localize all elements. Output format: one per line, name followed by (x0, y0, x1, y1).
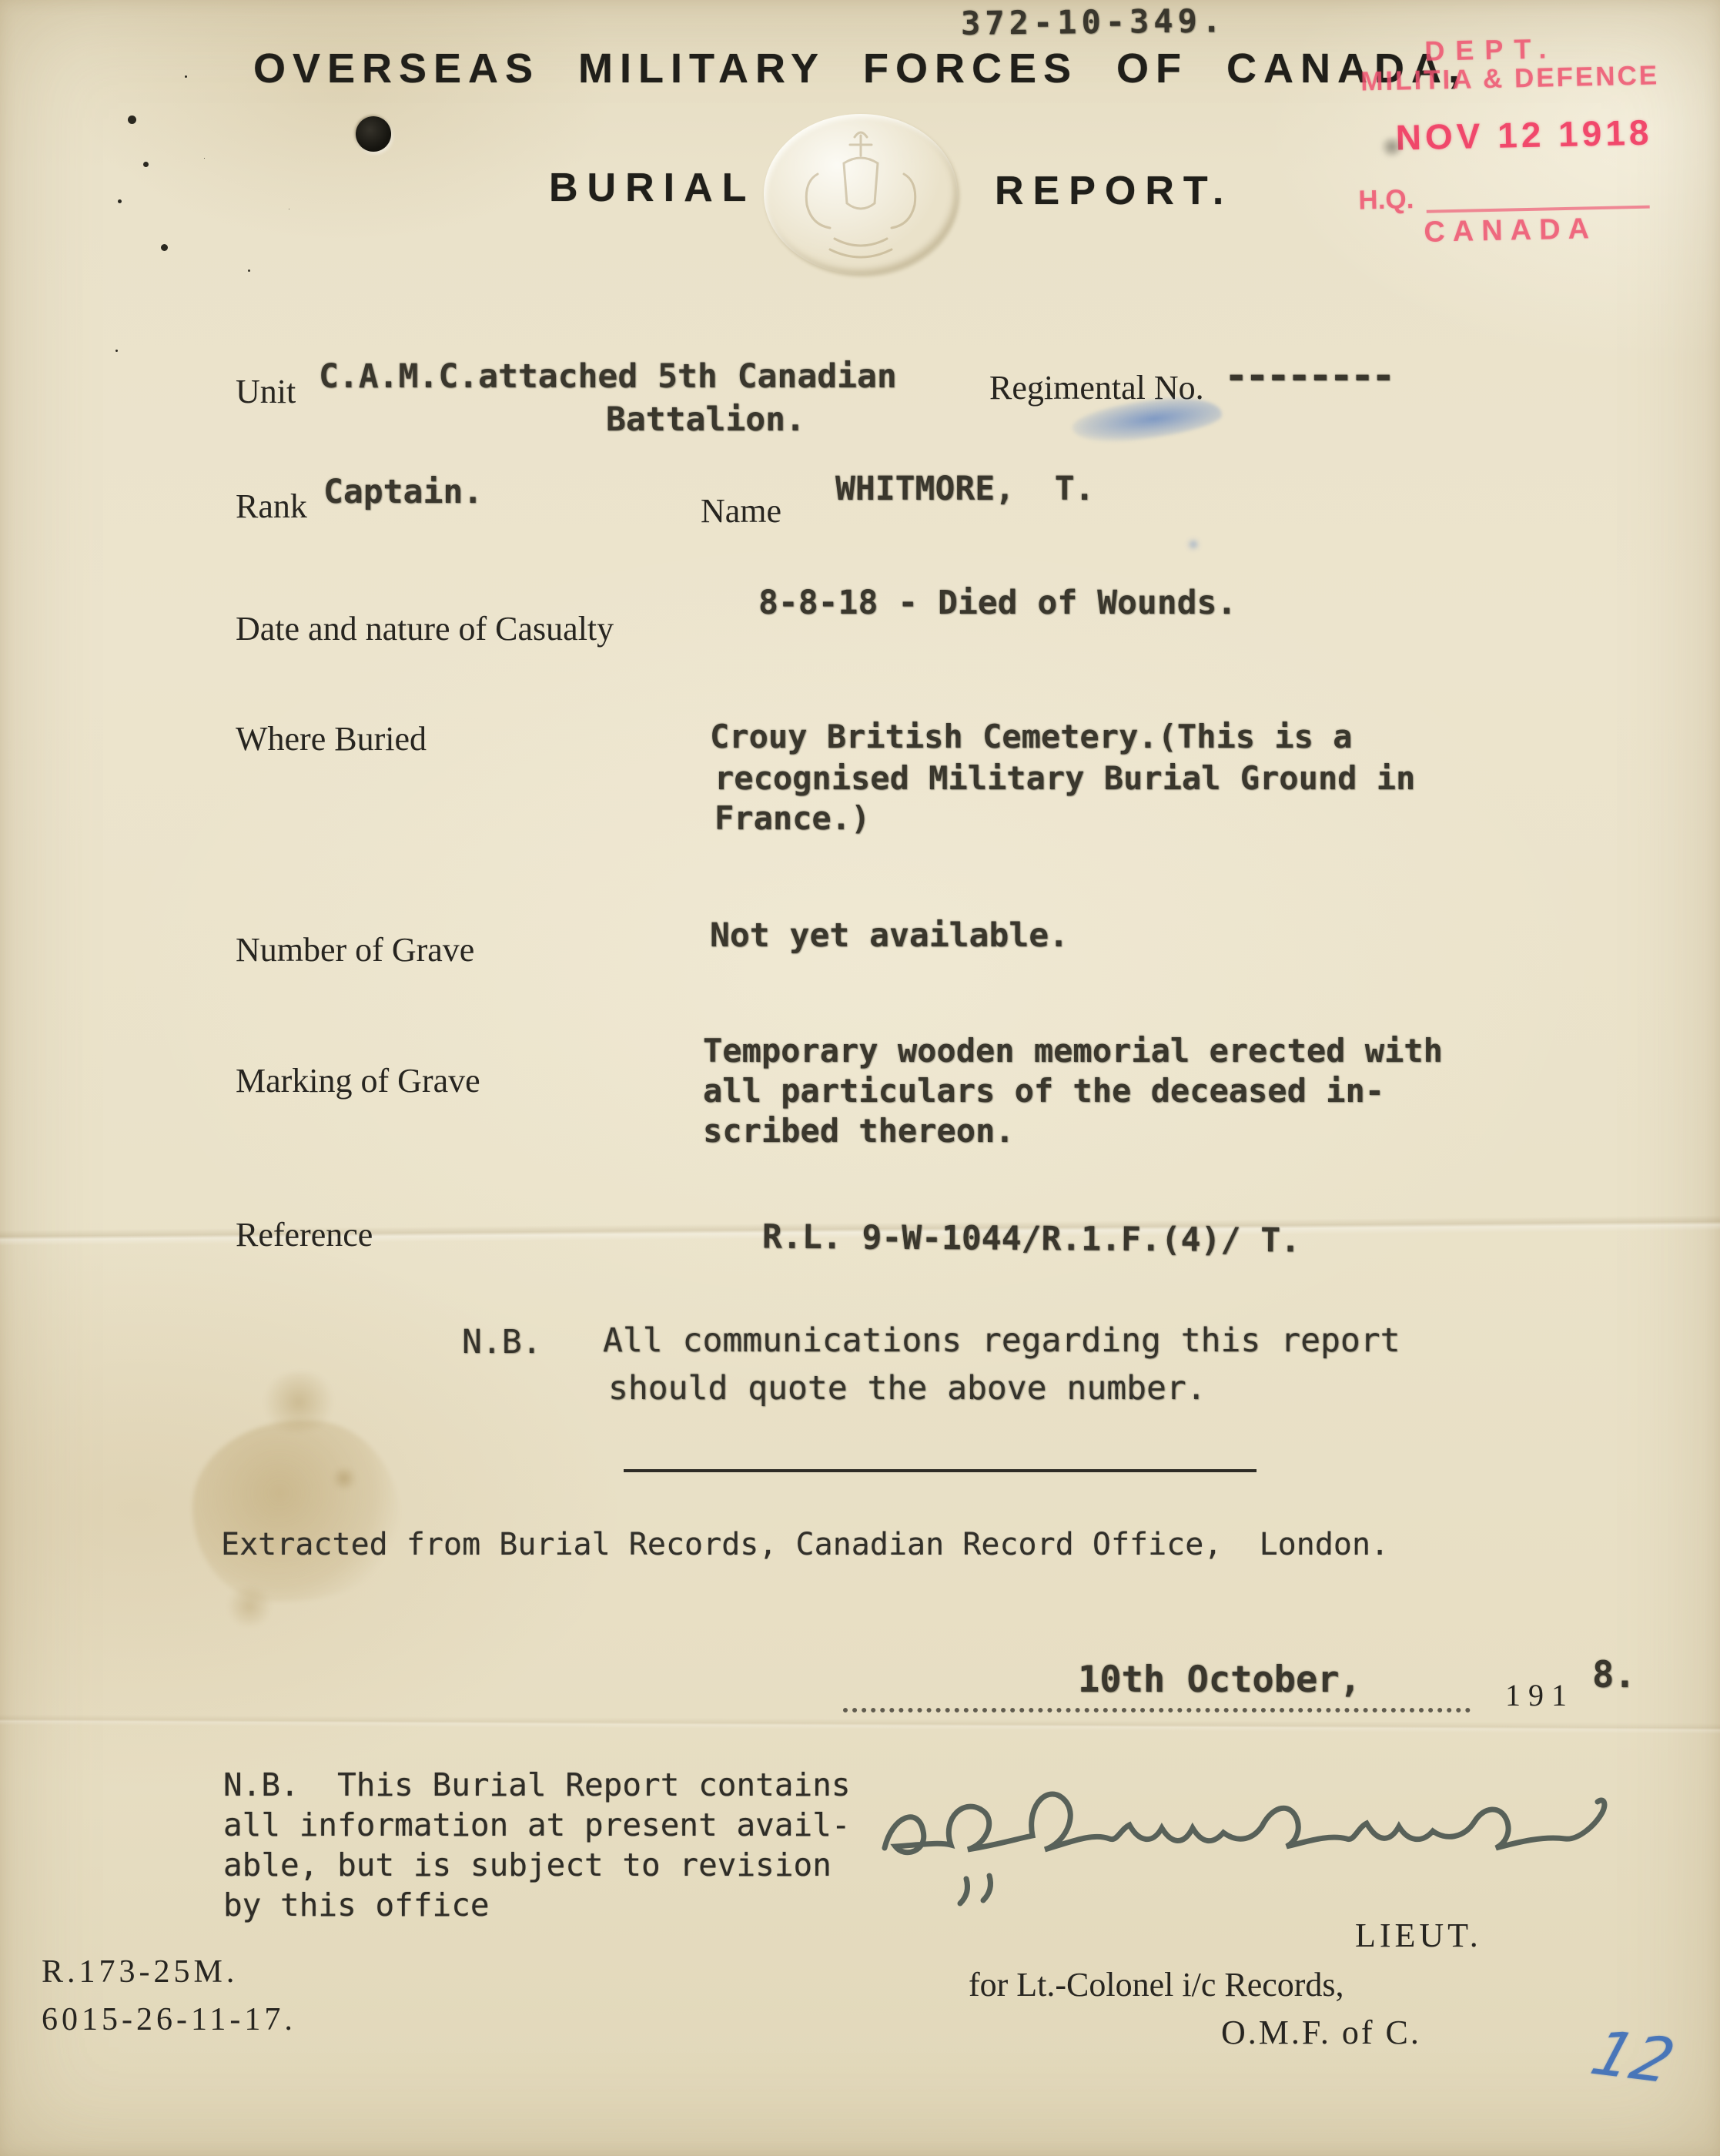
note-communications-line1: All communications regarding this report (603, 1324, 1400, 1358)
paper-speck-cluster (0, 0, 5, 5)
note-revision-line2: all information at present avail- (223, 1809, 851, 1841)
heading-burial: BURIAL (549, 168, 755, 208)
paper-stain-dot (225, 1586, 274, 1626)
burial-report-scan: 372-10-349. OVERSEAS MILITARY FORCES OF … (0, 0, 1720, 2156)
stamp-canada-line: CANADA (1424, 214, 1597, 247)
stamp-militia-line: MILITIA & DEFENCE (1360, 62, 1660, 95)
signature-org-line: O.M.F. of C. (1221, 2016, 1421, 2050)
date-typed: 10th October, (1078, 1662, 1361, 1698)
paper-stain-speckle (331, 1467, 357, 1490)
stamp-hq-line (1427, 206, 1650, 213)
punch-hole (356, 116, 391, 152)
field-value-rank: Captain. (323, 476, 483, 509)
note-communications-nb: N.B. (462, 1326, 542, 1359)
note-revision-line1: N.B. This Burial Report contains (223, 1769, 851, 1801)
stamp-date-line: NOV 12 1918 (1395, 115, 1653, 156)
field-value-grave-marking-line1: Temporary wooden memorial erected with (703, 1035, 1443, 1067)
field-label-reference: Reference (236, 1218, 373, 1252)
stamp-dept-line: DEPT. (1424, 35, 1558, 65)
field-label-grave-marking: Marking of Grave (236, 1064, 480, 1098)
document-title: OVERSEAS MILITARY FORCES OF CANADA, (253, 48, 1467, 89)
field-label-where-buried: Where Buried (236, 722, 427, 756)
stamp-ink-smudge (1379, 136, 1406, 157)
field-label-grave-number: Number of Grave (236, 933, 474, 967)
field-label-casualty: Date and nature of Casualty (236, 612, 614, 646)
field-value-where-buried-line1: Crouy British Cemetery.(This is a (710, 721, 1352, 753)
file-number: 372-10-349. (961, 5, 1226, 40)
receiving-stamp: DEPT. MILITIA & DEFENCE NOV 12 1918 H.Q.… (1349, 32, 1703, 39)
signature (874, 1771, 1644, 1917)
note-communications-line2: should quote the above number. (608, 1372, 1206, 1405)
paper-stain-small (260, 1372, 337, 1432)
field-value-reference: R.L. 9-W-1044/R.1.F.(4)/ T. (762, 1221, 1300, 1258)
field-value-name: WHITMORE, T. (835, 473, 1095, 506)
signature-for-line: for Lt.-Colonel i/c Records, (969, 1968, 1344, 2002)
field-label-name: Name (701, 494, 781, 528)
paper-crease-lower (0, 1714, 1720, 1734)
stamp-hq-label: H.Q. (1358, 186, 1414, 213)
field-value-where-buried-line2: recognised Military Burial Ground in (714, 762, 1415, 795)
field-label-rank: Rank (236, 490, 307, 524)
note-revision-line3: able, but is subject to revision (223, 1850, 832, 1881)
print-code-line1: R.173-25M. (42, 1956, 238, 1988)
date-typed-year: 8. (1592, 1657, 1636, 1693)
seal-crest-relief (764, 114, 958, 274)
field-label-unit: Unit (236, 375, 296, 409)
field-value-unit-line1: C.A.M.C.attached 5th Canadian (319, 360, 897, 393)
extracted-from-line: Extracted from Burial Records, Canadian … (221, 1529, 1389, 1560)
blue-ink-dot (1187, 539, 1200, 550)
note-revision-line4: by this office (223, 1890, 490, 1921)
field-value-regimental-no: -------- (1224, 356, 1392, 396)
field-value-where-buried-line3: France.) (714, 802, 870, 835)
date-printed-year: 191 (1505, 1680, 1574, 1711)
field-value-grave-number: Not yet available. (710, 919, 1069, 952)
page-number-annotation: 12 (1585, 2023, 1682, 2092)
print-code-line2: 6015-26-11-17. (42, 2004, 296, 2036)
heading-report: REPORT. (995, 171, 1233, 211)
field-value-grave-marking-line2: all particulars of the deceased in- (703, 1075, 1384, 1107)
horizontal-rule (624, 1469, 1257, 1472)
paper-stain-large (192, 1421, 400, 1602)
date-dotted-line (843, 1708, 1471, 1712)
field-value-casualty: 8-8-18 - Died of Wounds. (758, 587, 1236, 620)
field-value-grave-marking-line3: scribed thereon. (703, 1115, 1015, 1147)
signature-rank-line: LIEUT. (1355, 1919, 1482, 1953)
field-value-unit-line2: Battalion. (606, 403, 805, 437)
embossed-royal-seal (764, 114, 958, 274)
